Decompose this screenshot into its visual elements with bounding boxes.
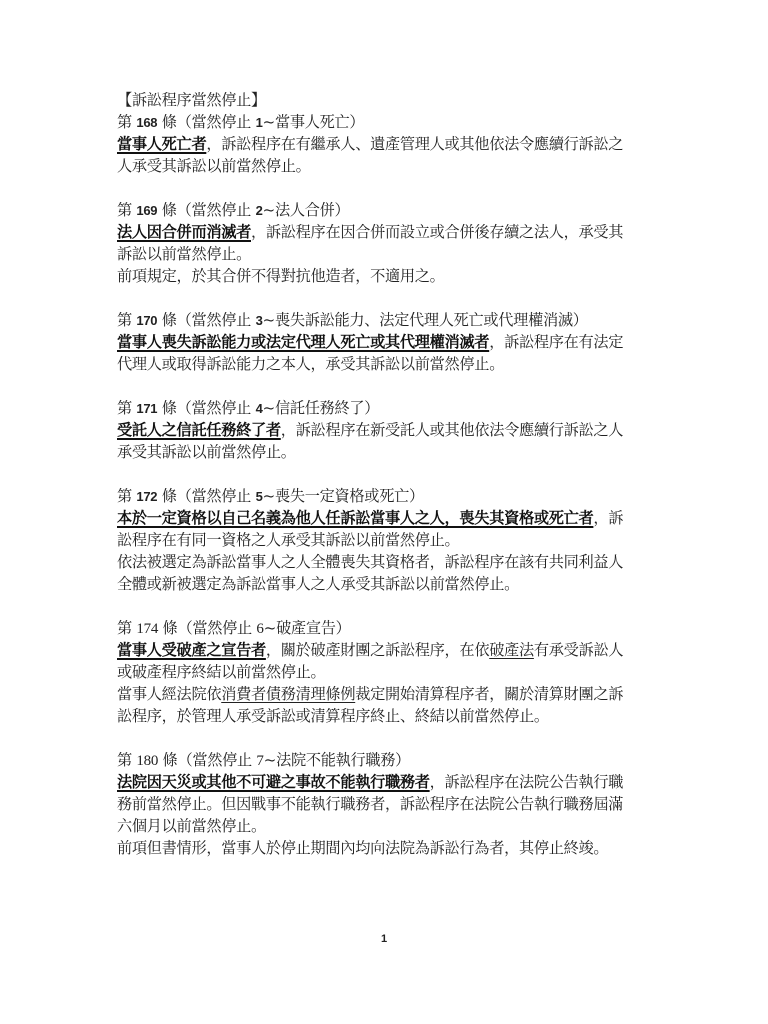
section-heading: 【訴訟程序當然停止】	[117, 89, 647, 111]
article-169-text-3: 前項規定，於其合併不得對抗他造者，不適用之。	[117, 265, 647, 287]
article-180-text-1: 法院因天災或其他不可避之事故不能執行職務者，訴訟程序在法院公告執行職	[117, 771, 647, 793]
article-174-text-2: 或破產程序終結以前當然停止。	[117, 661, 647, 683]
article-174-text-1: 當事人受破產之宣告者，關於破產財團之訴訟程序，在依破產法有承受訴訟人	[117, 639, 647, 661]
article-171-text-2: 承受其訴訟以前當然停止。	[117, 441, 647, 463]
article-171-key-phrase: 受託人之信託任務終了者	[117, 421, 281, 439]
article-168-header: 第 168 條（當然停止 1~當事人死亡）	[117, 111, 647, 133]
article-172-text-3: 依法被選定為訴訟當事人之人全體喪失其資格者，訴訟程序在該有共同利益人	[117, 551, 647, 573]
article-170-text-2: 代理人或取得訴訟能力之本人，承受其訴訟以前當然停止。	[117, 353, 647, 375]
article-180-text-4: 前項但書情形，當事人於停止期間內均向法院為訴訟行為者，其停止終竣。	[117, 837, 647, 859]
article-170-key-phrase: 當事人喪失訴訟能力或法定代理人死亡或其代理權消滅者	[117, 333, 489, 351]
article-180-text-3: 六個月以前當然停止。	[117, 815, 647, 837]
article-174-key-phrase: 當事人受破產之宣告者	[117, 641, 266, 659]
article-174-text-4: 訟程序，於管理人承受訴訟或清算程序終止、終結以前當然停止。	[117, 705, 647, 727]
article-171-text-1: 受託人之信託任務終了者，訴訟程序在新受託人或其他依法令應續行訴訟之人	[117, 419, 647, 441]
article-172-header: 第 172 條（當然停止 5~喪失一定資格或死亡）	[117, 485, 647, 507]
article-180-header: 第 180 條（當然停止 7~法院不能執行職務）	[117, 749, 647, 771]
bankruptcy-act-link[interactable]: 破產法	[489, 641, 534, 659]
article-170-header: 第 170 條（當然停止 3~喪失訴訟能力、法定代理人死亡或代理權消滅）	[117, 309, 647, 331]
article-174-text-3: 當事人經法院依消費者債務清理條例裁定開始清算程序者，關於清算財團之訴	[117, 683, 647, 705]
article-172-text-1: 本於一定資格以自己名義為他人任訴訟當事人之人，喪失其資格或死亡者，訴	[117, 507, 647, 529]
article-172-text-4: 全體或新被選定為訴訟當事人之人承受其訴訟以前當然停止。	[117, 573, 647, 595]
consumer-debt-act-link[interactable]: 消費者債務清理條例	[221, 685, 355, 703]
article-170-text-1: 當事人喪失訴訟能力或法定代理人死亡或其代理權消滅者，訴訟程序在有法定	[117, 331, 647, 353]
document-page: 【訴訟程序當然停止】 第 168 條（當然停止 1~當事人死亡） 當事人死亡者，…	[117, 89, 647, 859]
article-169-text-2: 訴訟以前當然停止。	[117, 243, 647, 265]
article-168-text-1: 當事人死亡者，訴訟程序在有繼承人、遺產管理人或其他依法令應續行訴訟之	[117, 133, 647, 155]
page-number: 1	[0, 933, 768, 945]
article-171-header: 第 171 條（當然停止 4~信託任務終了）	[117, 397, 647, 419]
article-169-header: 第 169 條（當然停止 2~法人合併）	[117, 199, 647, 221]
article-172-text-2: 訟程序在有同一資格之人承受其訴訟以前當然停止。	[117, 529, 647, 551]
article-174-header: 第 174 條（當然停止 6~破產宣告）	[117, 617, 647, 639]
article-180-text-2: 務前當然停止。但因戰事不能執行職務者，訴訟程序在法院公告執行職務屆滿	[117, 793, 647, 815]
article-169-text-1: 法人因合併而消滅者，訴訟程序在因合併而設立或合併後存續之法人，承受其	[117, 221, 647, 243]
article-180-key-phrase: 法院因天災或其他不可避之事故不能執行職務者	[117, 773, 430, 791]
article-169-key-phrase: 法人因合併而消滅者	[117, 223, 251, 241]
article-168-text-2: 人承受其訴訟以前當然停止。	[117, 155, 647, 177]
article-172-key-phrase: 本於一定資格以自己名義為他人任訴訟當事人之人，喪失其資格或死亡者	[117, 509, 593, 527]
article-168-key-phrase: 當事人死亡者	[117, 135, 206, 153]
